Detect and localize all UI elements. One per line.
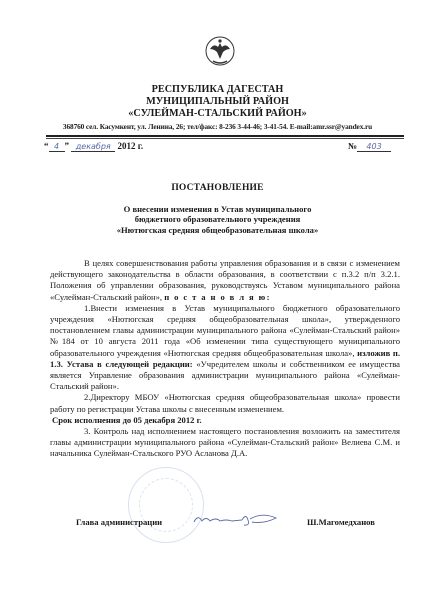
coat-of-arms-icon <box>204 35 236 67</box>
document-title: ПОСТАНОВЛЕНИЕ <box>0 183 435 193</box>
header-divider <box>46 135 404 137</box>
date-month: декабря <box>71 142 115 152</box>
district-name: «СУЛЕЙМАН-СТАЛЬСКИЙ РАЙОН» <box>0 108 435 120</box>
contact-address: 368760 сел. Касумкент, ул. Ленина, 26; т… <box>0 122 435 131</box>
deadline-line: Срок исполнения до 05 декабря 2012 г. <box>52 415 400 426</box>
handwritten-signature-icon <box>190 510 280 528</box>
preamble-paragraph: В целях совершенствования работы управле… <box>50 258 400 303</box>
date-year: 2012 г. <box>118 141 144 151</box>
date-day: 4 <box>49 142 65 152</box>
item-2-paragraph: 2.Директору МБОУ «Нютюгская средняя обще… <box>50 392 400 414</box>
signer-name: Ш.Магомедханов <box>307 517 375 527</box>
district-type: МУНИЦИПАЛЬНЫЙ РАЙОН <box>0 96 435 108</box>
document-page: РЕСПУБЛИКА ДАГЕСТАН МУНИЦИПАЛЬНЫЙ РАЙОН … <box>0 0 435 600</box>
resolve-phrase: п о с т а н о в л я ю: <box>164 292 271 302</box>
item-1-paragraph: 1.Внести изменения в Устав муниципальног… <box>50 303 400 393</box>
item-3-paragraph: 3. Контроль над исполнением настоящего п… <box>50 426 400 460</box>
header-divider-thin <box>46 138 404 139</box>
document-subject: О внесении изменения в Устав муниципальн… <box>0 204 435 235</box>
signer-position: Глава администрации <box>76 517 162 527</box>
document-date: “4” декабря 2012 г. <box>44 141 143 152</box>
republic-name: РЕСПУБЛИКА ДАГЕСТАН <box>0 84 435 96</box>
number-value: 403 <box>357 142 391 152</box>
document-body: В целях совершенствования работы управле… <box>50 258 400 460</box>
document-number: №403 <box>348 141 391 152</box>
official-stamp-icon <box>128 467 204 543</box>
